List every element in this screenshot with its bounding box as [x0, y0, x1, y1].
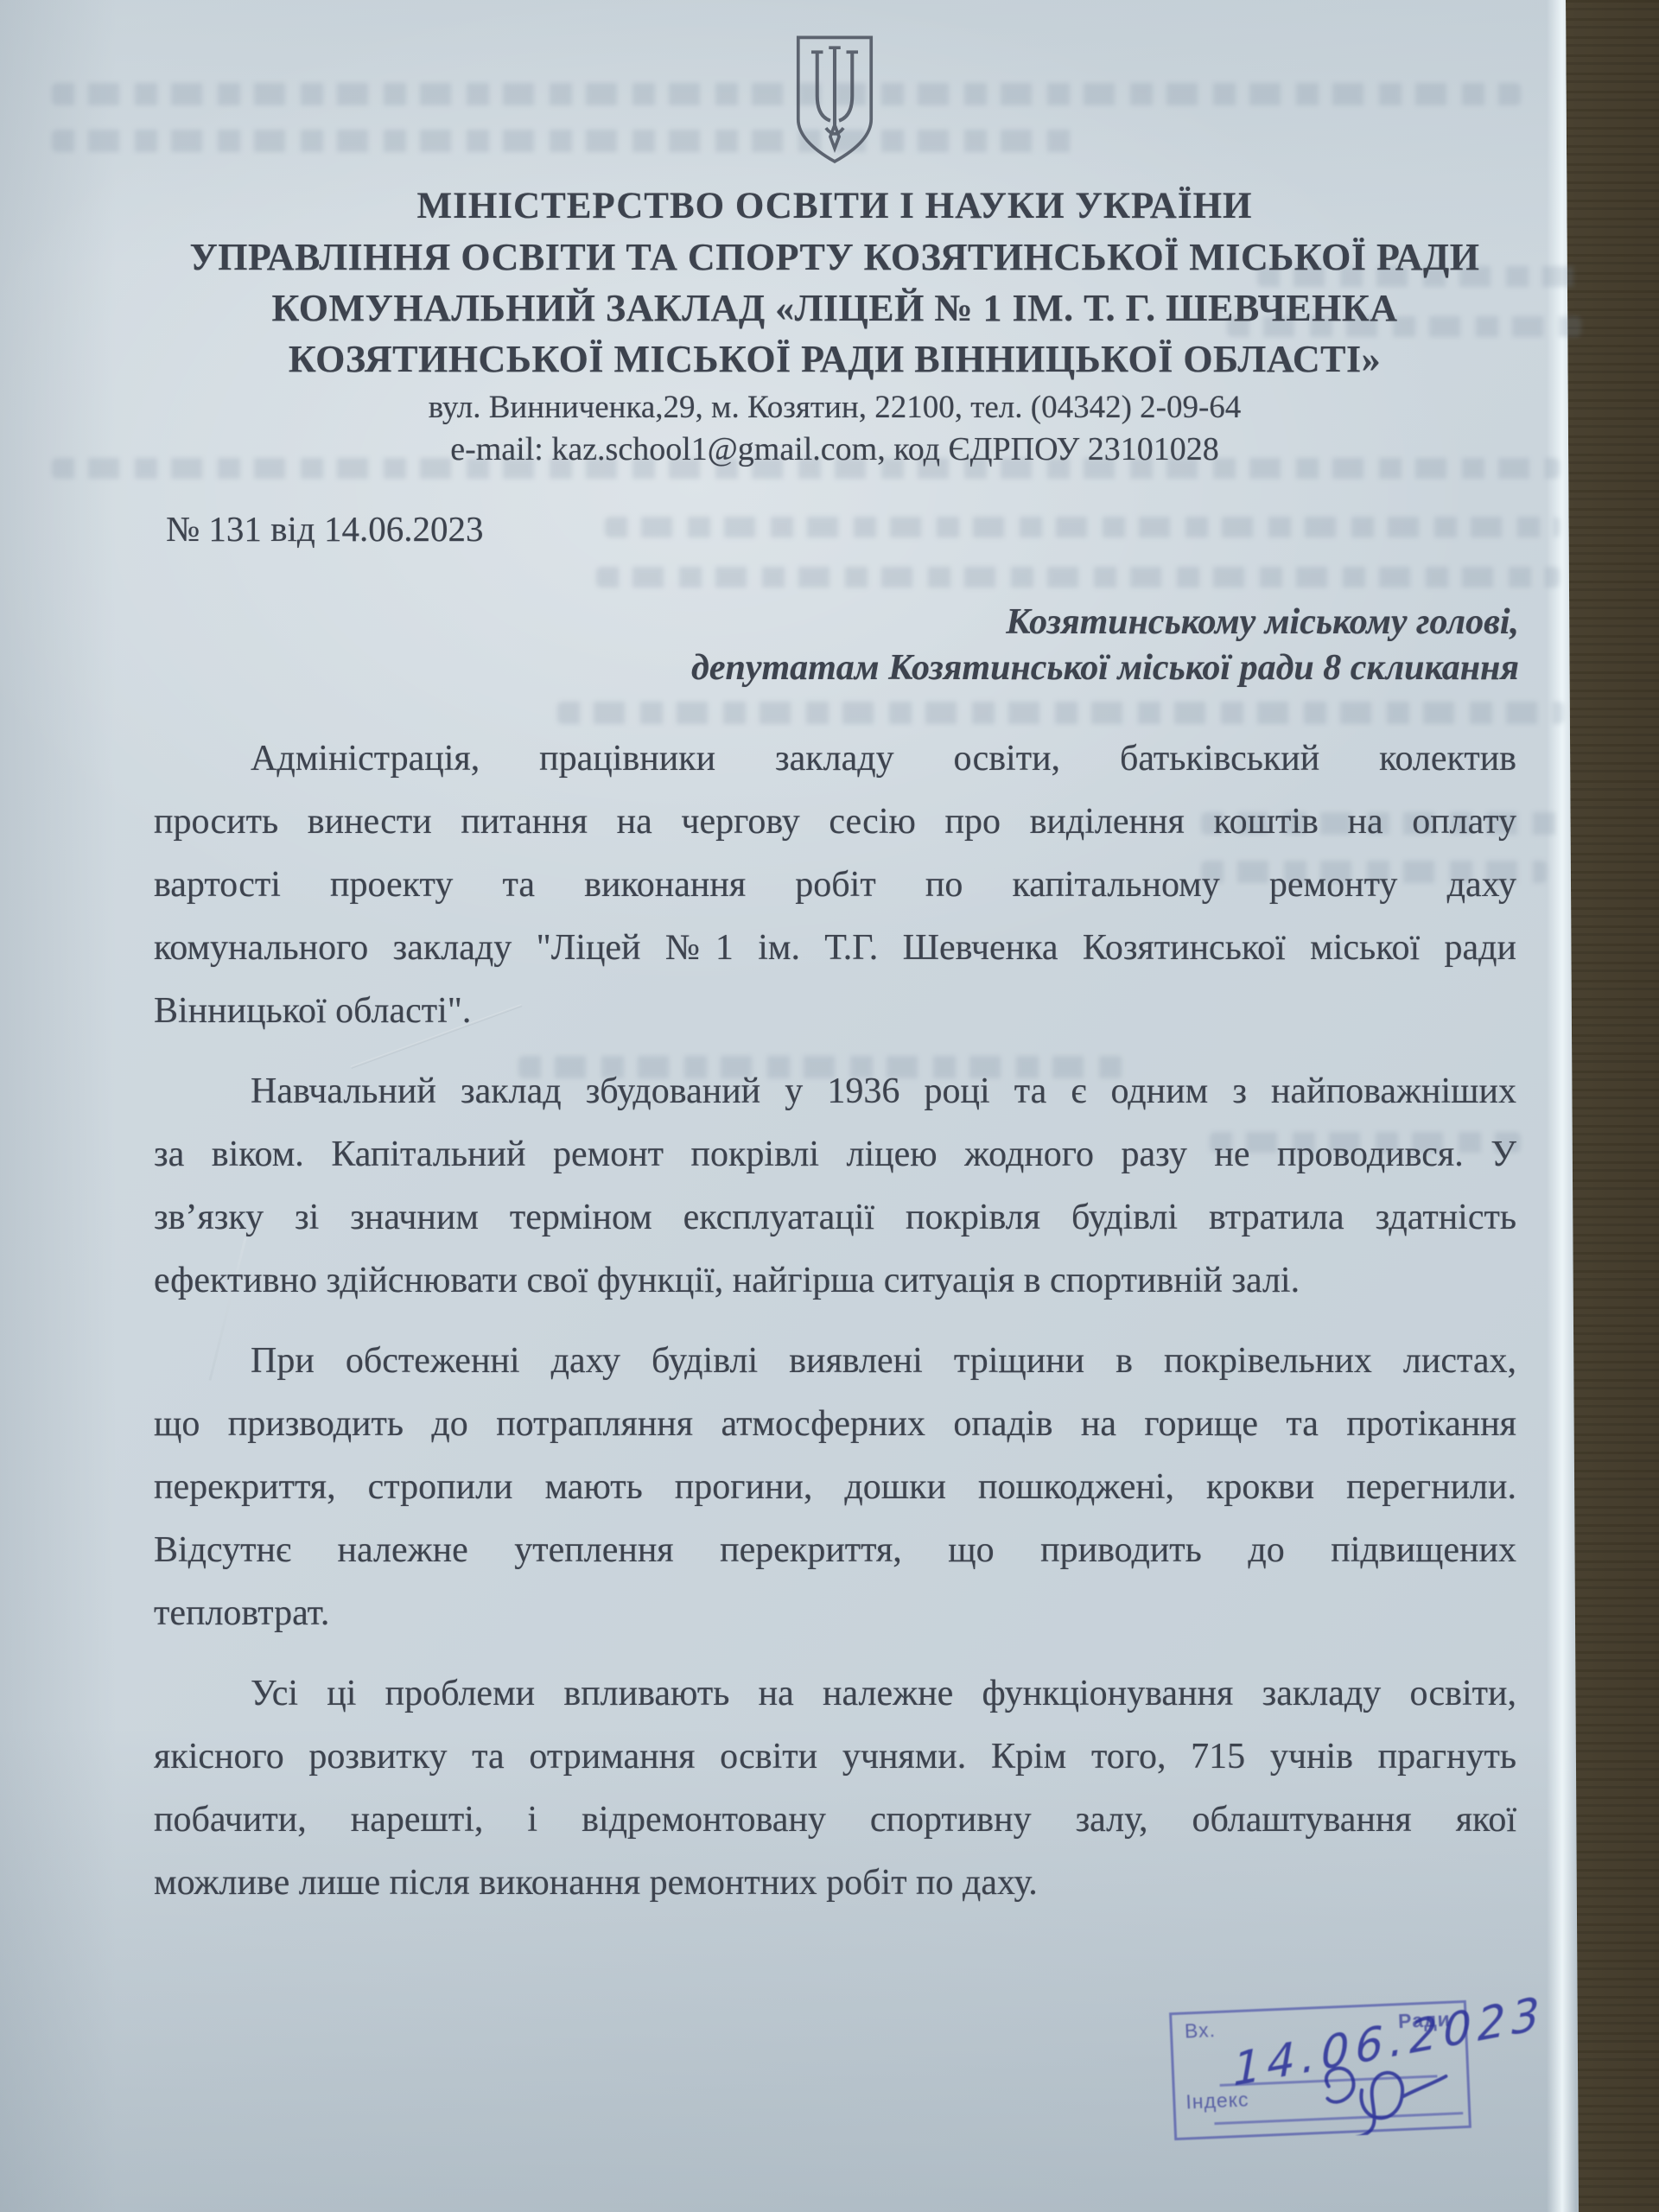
body-line: Усі ці проблеми впливають на належне фун… [154, 1662, 1516, 1726]
body-line: вартості проекту та виконання робіт по к… [154, 854, 1516, 917]
ukraine-trident-icon [790, 35, 880, 166]
addressee-block: Козятинському міському голові, депутатам… [518, 600, 1519, 691]
bleed-through-line [557, 702, 1564, 724]
paragraph: Адміністрація, працівники закладу освіти… [154, 728, 1516, 1043]
photo-of-letter: МІНІСТЕРСТВО ОСВІТИ І НАУКИ УКРАЇНИ УПРА… [0, 0, 1659, 2212]
header-ministry: МІНІСТЕРСТВО ОСВІТИ І НАУКИ УКРАЇНИ [152, 181, 1517, 232]
letterhead: МІНІСТЕРСТВО ОСВІТИ І НАУКИ УКРАЇНИ УПРА… [152, 35, 1517, 471]
body-line: якісного розвитку та отримання освіти уч… [154, 1726, 1516, 1789]
paragraph: Усі ці проблеми впливають на належне фун… [154, 1662, 1516, 1915]
body-line: що призводить до потрапляння атмосферних… [154, 1393, 1516, 1456]
body-line: побачити, нарешті, і відремонтовану спор… [154, 1789, 1516, 1852]
reference-number-line: № 131 від 14.06.2023 [166, 508, 483, 550]
body-line: просить винести питання на чергову сесію… [154, 791, 1516, 854]
header-institution-line2: КОЗЯТИНСЬКОЇ МІСЬКОЇ РАДИ ВІННИЦЬКОЇ ОБЛ… [152, 334, 1517, 385]
body-line: перекриття, стропили мають прогини, дошк… [154, 1456, 1516, 1519]
bleed-through-line [596, 567, 1560, 588]
body-line: тепловтрат. [154, 1582, 1516, 1645]
body-line: комунального закладу "Ліцей №1 ім. Т.Г. … [154, 917, 1516, 980]
header-department: УПРАВЛІННЯ ОСВІТИ ТА СПОРТУ КОЗЯТИНСЬКОЇ… [152, 232, 1517, 283]
body-line: Адміністрація, працівники закладу освіти… [154, 728, 1516, 791]
body-line: Вінницької області". [154, 980, 1516, 1043]
header-address: вул. Винниченка,29, м. Козятин, 22100, т… [152, 386, 1517, 429]
stamp-incoming-label: Вх. [1184, 2018, 1216, 2043]
body-line: Відсутнє належне утеплення перекриття, щ… [154, 1519, 1516, 1582]
body-line: Навчальний заклад збудований у 1936 році… [154, 1060, 1516, 1123]
registration-stamp: Вх. Ради Індекс 14.06.2023 [1169, 2000, 1471, 2140]
paragraph: При обстеженні даху будівлі виявлені трі… [154, 1330, 1516, 1645]
bleed-through-line [605, 517, 1560, 537]
body-line: можливе лише після виконання ремонтних р… [154, 1852, 1516, 1915]
body-line: ефективно здійснювати свої функції, найг… [154, 1249, 1516, 1313]
body-paragraphs: Адміністрація, працівники закладу освіти… [154, 728, 1516, 1932]
header-institution-line1: КОМУНАЛЬНИЙ ЗАКЛАД «ЛІЦЕЙ № 1 ІМ. Т. Г. … [152, 283, 1517, 334]
body-line: При обстеженні даху будівлі виявлені трі… [154, 1330, 1516, 1393]
body-line: зв’язку зі значним терміном експлуатації… [154, 1186, 1516, 1249]
paragraph: Навчальний заклад збудований у 1936 році… [154, 1060, 1516, 1313]
header-email: e-mail: kaz.school1@gmail.com, код ЄДРПО… [152, 429, 1517, 471]
body-line: за віком. Капітальний ремонт покрівлі лі… [154, 1123, 1516, 1186]
addressee-line1: Козятинському міському голові, [518, 600, 1519, 645]
addressee-line2: депутатам Козятинської міської ради 8 ск… [518, 645, 1519, 691]
signature-scribble [1303, 2044, 1462, 2137]
